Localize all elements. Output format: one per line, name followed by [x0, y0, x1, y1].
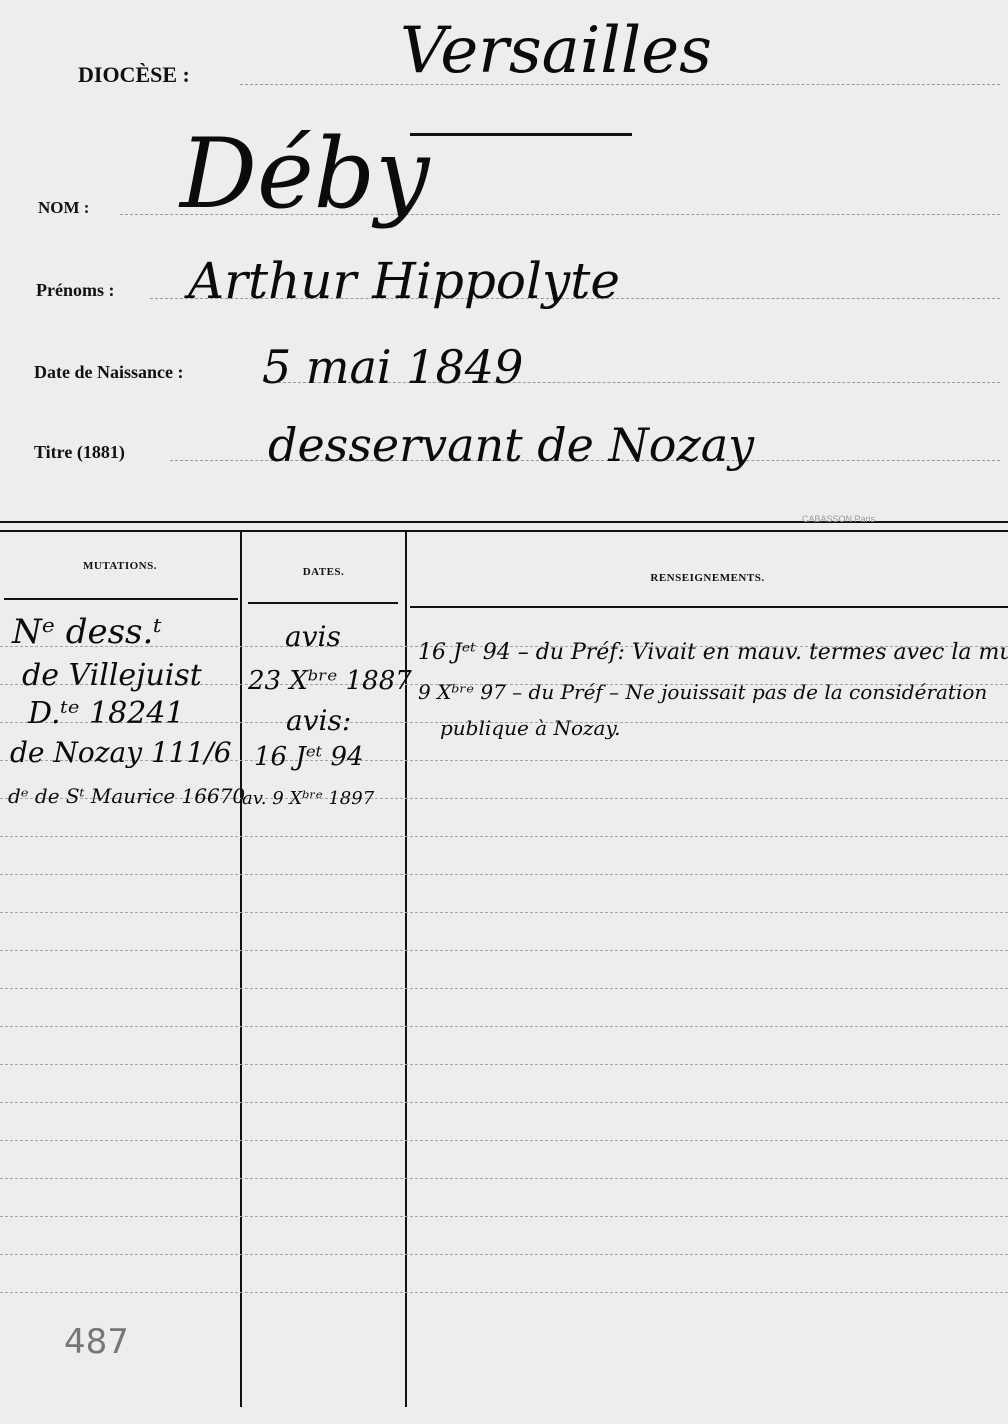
date-line: 23 Xᵇʳᵉ 1887: [248, 666, 412, 696]
table-top-rule-2: [0, 530, 1008, 532]
prenoms-value: Arthur Hippolyte: [188, 252, 620, 310]
column-header-renseignements: RENSEIGNEMENTS.: [407, 572, 1008, 584]
renseignement-line: 16 Jᵉᵗ 94 – du Préf: Vivait en mauv. ter…: [418, 640, 1008, 665]
renseignement-line: 9 Xᵇʳᵉ 97 – du Préf – Ne jouissait pas d…: [418, 680, 987, 704]
mutation-line: Nᵉ dess.ᵗ: [12, 612, 162, 652]
column-divider-1: [240, 532, 242, 1407]
naissance-label: Date de Naissance :: [34, 362, 183, 383]
diocese-value: Versailles: [400, 14, 712, 88]
titre-label: Titre (1881): [34, 442, 125, 463]
nom-label: NOM :: [38, 198, 89, 218]
column-header-dates: DATES.: [242, 566, 405, 578]
column-header-mutations: MUTATIONS.: [0, 560, 240, 572]
mutation-line: D.ᵗᵉ 18241: [28, 696, 185, 731]
page-number: 487: [64, 1322, 129, 1362]
naissance-value: 5 mai 1849: [262, 340, 523, 394]
printer-mark: CABASSON Paris: [802, 514, 875, 524]
diocese-label: DIOCÈSE :: [78, 62, 190, 88]
record-card: DIOCÈSE : Versailles NOM : Déby Prénoms …: [0, 0, 1008, 1424]
mutation-line: dᵉ de Sᵗ Maurice 16670: [8, 784, 245, 808]
titre-value: desservant de Nozay: [268, 418, 754, 472]
date-line: av. 9 Xᵇʳᵉ 1897: [242, 788, 374, 809]
nom-flourish-line: [410, 133, 632, 136]
renseignement-line: publique à Nozay.: [440, 716, 620, 740]
date-line: 16 Jᵉᵗ 94: [254, 742, 364, 772]
mutation-line: de Villejuist: [22, 658, 202, 693]
mutation-line: de Nozay 111/6: [10, 736, 232, 769]
column-divider-2: [405, 532, 407, 1407]
date-line: avis: [285, 620, 341, 653]
nom-value: Déby: [180, 118, 429, 230]
prenoms-label: Prénoms :: [36, 280, 114, 301]
date-line: avis:: [286, 704, 351, 737]
